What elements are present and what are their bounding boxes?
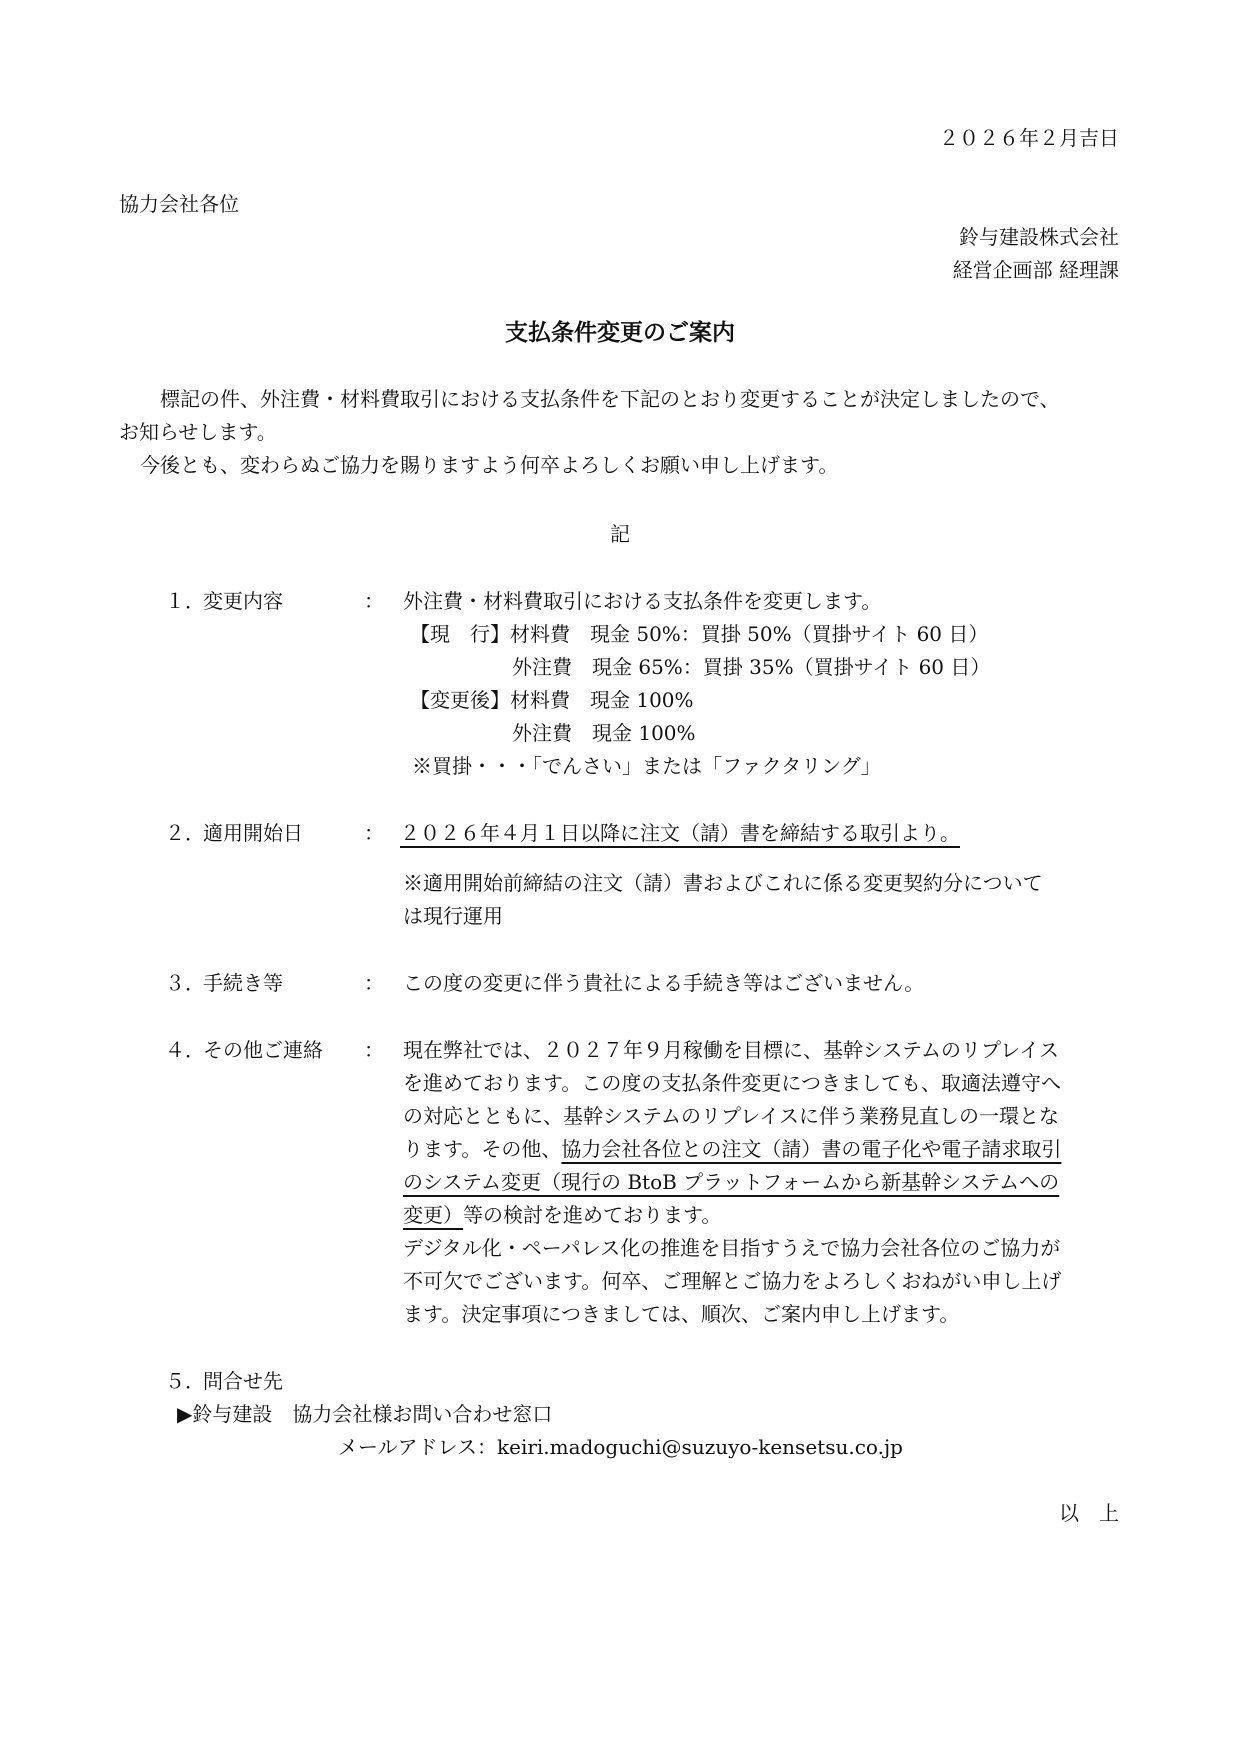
section-line: デジタル化・ペーパレス化の推進を目指すうえで協力会社各位のご協力が — [403, 1238, 1060, 1258]
section-number: ２． — [165, 823, 205, 843]
section-label: 変更内容 — [203, 591, 283, 611]
section-note: は現行運用 — [403, 906, 503, 926]
section-line: 外注費・材料費取引における支払条件を変更します。 — [403, 591, 881, 611]
underlined-text: 協力会社各位との注文（請）書の電子化や電子請求取引 — [561, 1137, 1061, 1161]
section-line: 外注費 現金 65%：買掛 35%（買掛サイト 60 日） — [512, 657, 990, 677]
section-line: ります。その他、協力会社各位との注文（請）書の電子化や電子請求取引 — [403, 1139, 1061, 1159]
section-line: 【現 行】材料費 現金 50%：買掛 50%（買掛サイト 60 日） — [410, 624, 988, 644]
contact-email[interactable]: メールアドレス：keiri.madoguchi@suzuyo-kensetsu.… — [338, 1437, 903, 1457]
sender-company: 鈴与建設株式会社 — [959, 227, 1119, 247]
intro-line-3: 今後とも、変わらぬご協力を賜りますよう何卒よろしくお願い申し上げます。 — [140, 455, 838, 475]
intro-line-1: 標記の件、外注費・材料費取引における支払条件を下記のとおり変更することが決定しま… — [160, 389, 1060, 409]
recipient: 協力会社各位 — [119, 194, 239, 214]
section-colon: ： — [364, 823, 384, 843]
contact-desk: ▶鈴与建設 協力会社様お問い合わせ窓口 — [177, 1404, 552, 1424]
section-colon: ： — [364, 973, 384, 993]
section-line: 【変更後】材料費 現金 100% — [410, 690, 694, 710]
section-line: この度の変更に伴う貴社による手続き等はございません。 — [403, 973, 924, 993]
start-date-text: ２０２６年４月１日以降に注文（請）書を締結する取引より。 — [400, 823, 1027, 843]
line-text: ります。その他、 — [403, 1137, 561, 1161]
section-line: 現在弊社では、２０２７年９月稼働を目標に、基幹システムのリプレイス — [403, 1040, 1059, 1060]
closing-mark: 以 上 — [1059, 1503, 1119, 1523]
underlined-text: 変更） — [403, 1203, 463, 1227]
section-line: 外注費 現金 100% — [512, 723, 696, 743]
section-number: ５． — [165, 1371, 205, 1391]
section-line: ます。決定事項につきましては、順次、ご案内申し上げます。 — [403, 1304, 959, 1324]
section-line: の対応とともに、基幹システムのリプレイスに伴う業務見直しの一環とな — [403, 1106, 1059, 1126]
section-line: 不可欠でございます。何卒、ご理解とご協力をよろしくおねがい申し上げ — [403, 1271, 1061, 1291]
section-colon: ： — [364, 1040, 384, 1060]
section-number: ３． — [165, 973, 205, 993]
intro-line-2: お知らせします。 — [119, 422, 277, 442]
sender-department: 経営企画部 経理課 — [953, 260, 1119, 280]
document-title: 支払条件変更のご案内 — [0, 322, 1240, 345]
document-date: ２０２６年２月吉日 — [939, 128, 1119, 148]
section-line: を進めております。この度の支払条件変更につきましても、取適法遵守へ — [403, 1073, 1061, 1093]
section-number: １． — [165, 591, 205, 611]
section-line: 変更）等の検討を進めております。 — [403, 1205, 721, 1225]
section-label: 適用開始日 — [203, 823, 303, 843]
section-note: ※買掛・・・「でんさい」または「ファクタリング」 — [412, 756, 881, 776]
line-text: 等の検討を進めております。 — [463, 1203, 721, 1227]
underlined-text: のシステム変更（現行の BtoB プラットフォームから新基幹システムへの — [403, 1172, 1059, 1192]
section-label: その他ご連絡 — [203, 1040, 323, 1060]
section-note: ※適用開始前締結の注文（請）書およびこれに係る変更契約分について — [403, 873, 1043, 893]
ki-heading: 記 — [0, 524, 1240, 544]
section-label: 手続き等 — [203, 973, 283, 993]
section-number: ４． — [165, 1040, 205, 1060]
section-colon: ： — [364, 591, 384, 611]
section-label: 問合せ先 — [203, 1371, 283, 1391]
